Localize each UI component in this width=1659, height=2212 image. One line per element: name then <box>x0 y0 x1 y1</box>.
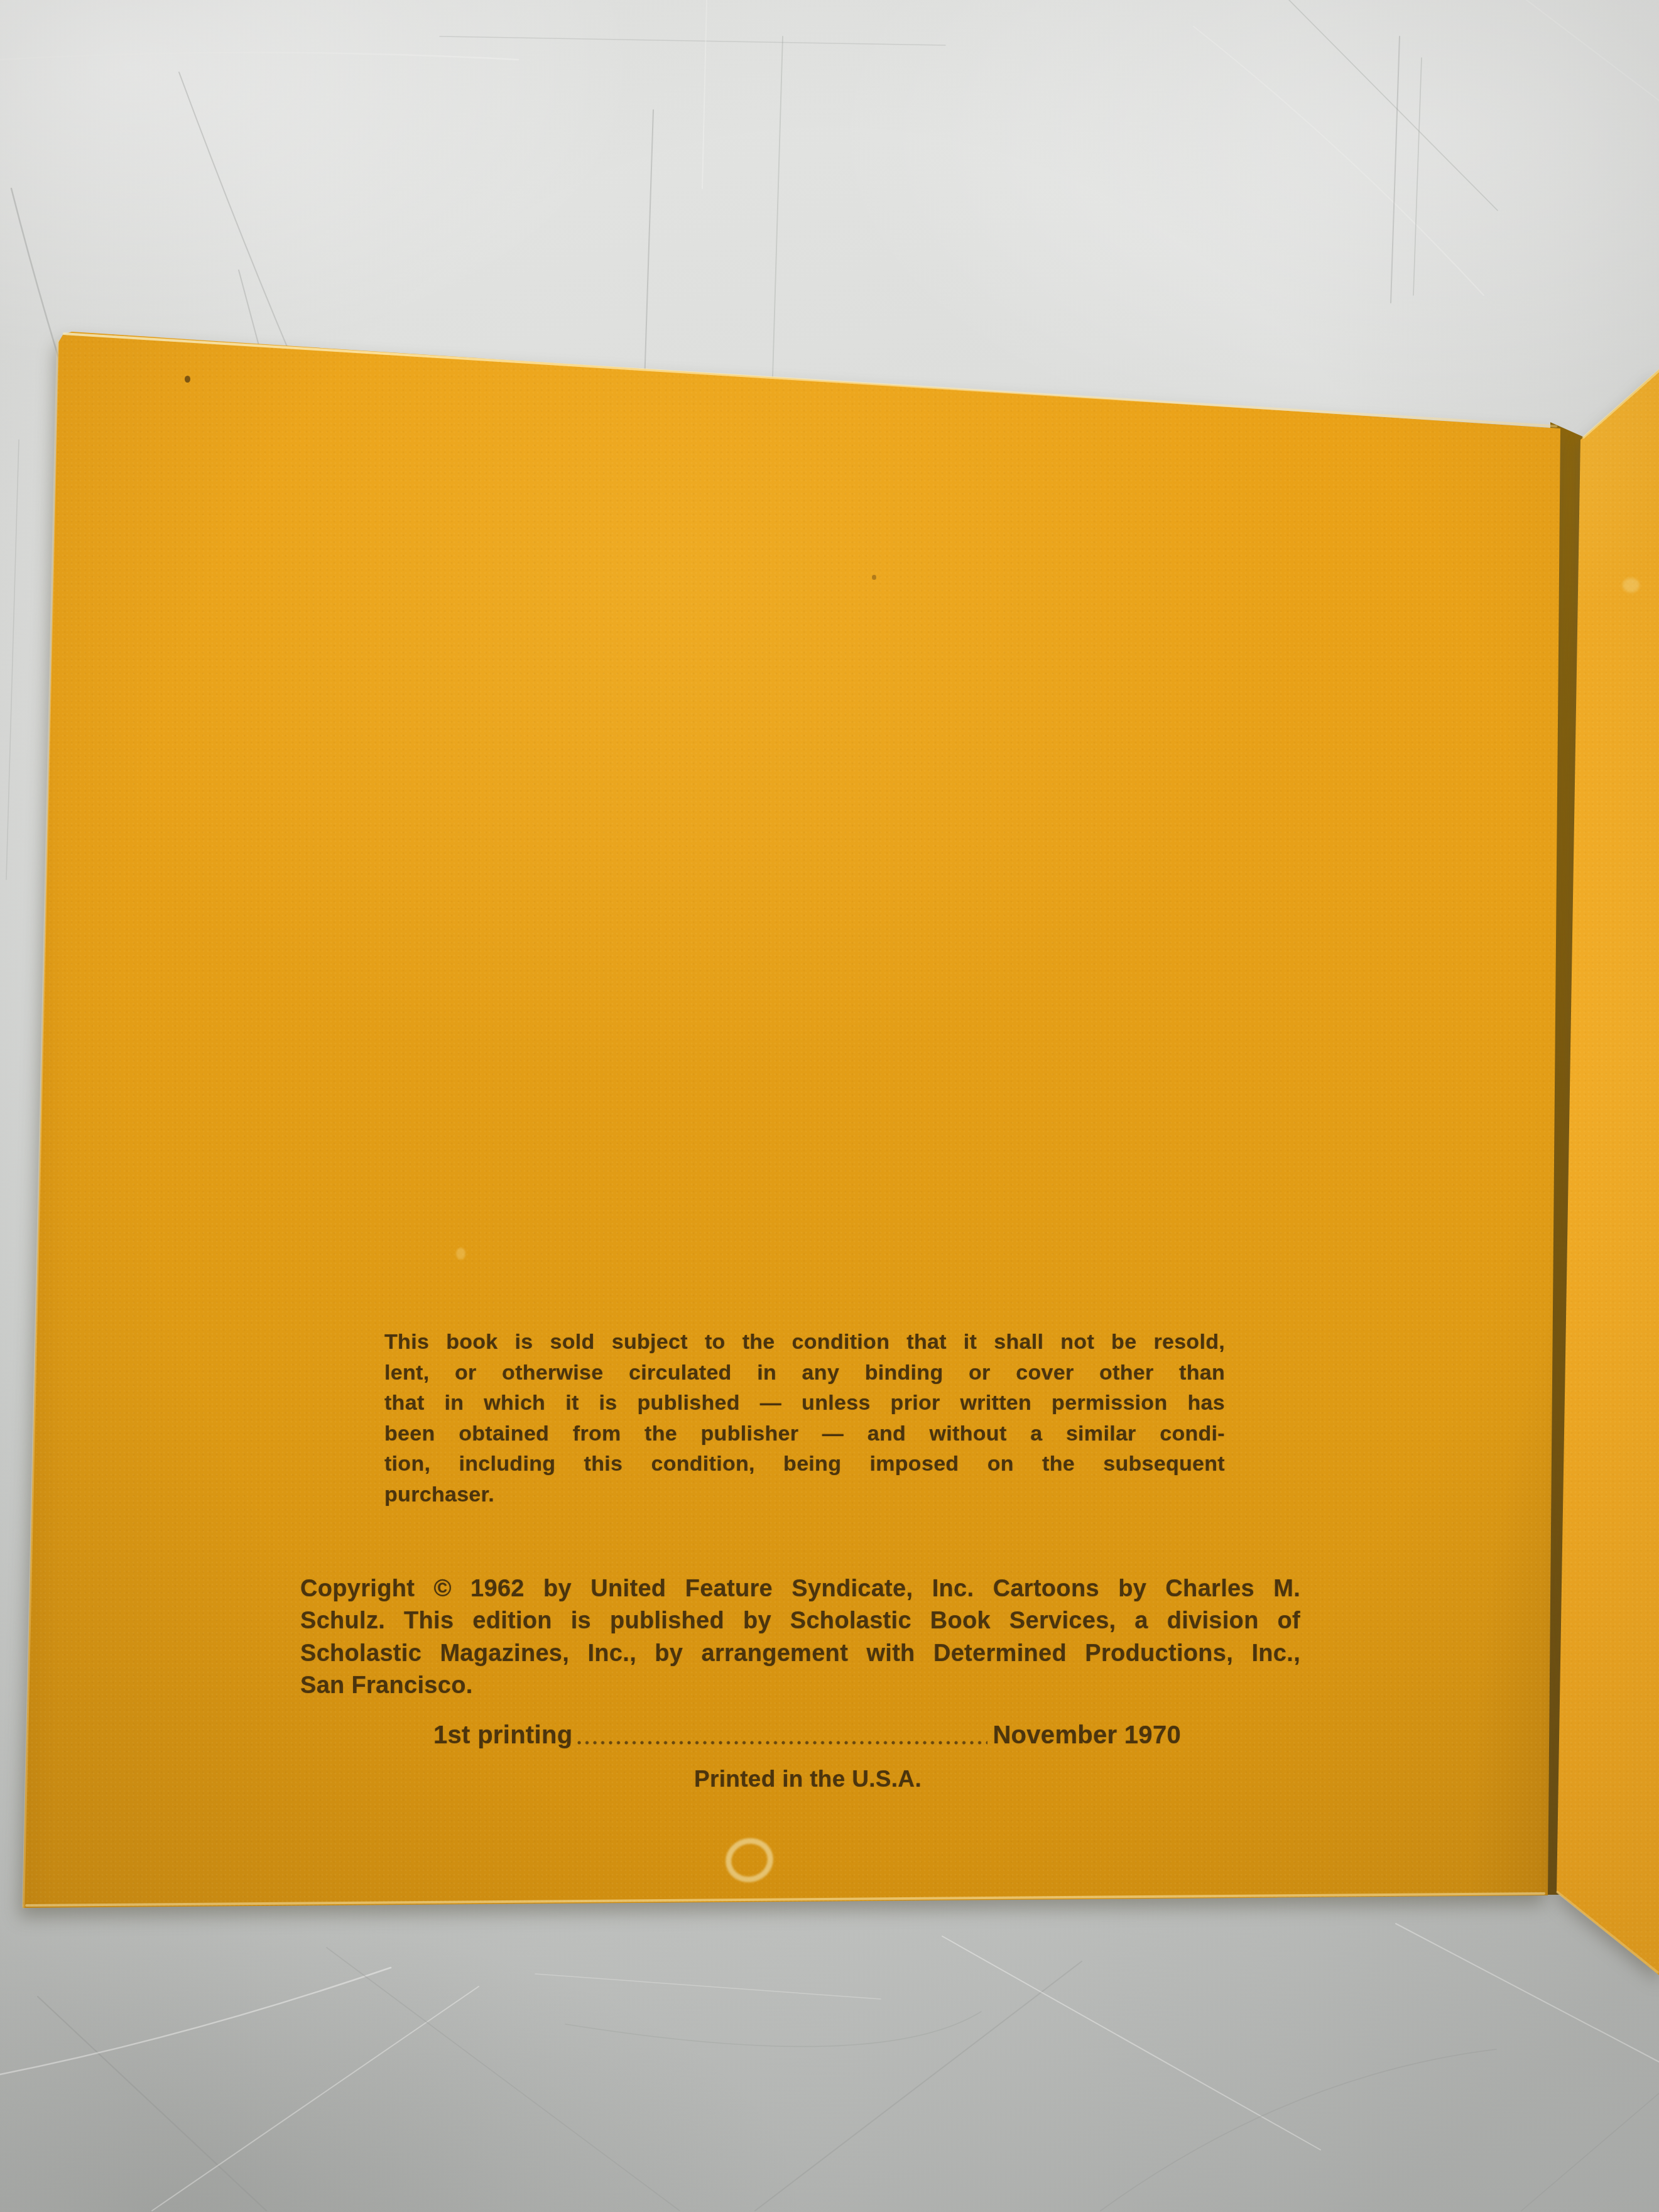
right-page-shadow <box>0 0 1659 2212</box>
printing-label: 1st printing <box>433 1721 572 1750</box>
paper-speck <box>872 575 876 580</box>
copyright-line: San Francisco. <box>300 1670 1300 1702</box>
printed-in-line: Printed in the U.S.A. <box>308 1765 1308 1793</box>
condition-line: This book is sold subject to the conditi… <box>384 1327 1225 1358</box>
printing-date: November 1970 <box>993 1721 1181 1750</box>
condition-line: been obtained from the publisher — and w… <box>384 1419 1225 1449</box>
paper-blemish <box>456 1248 465 1260</box>
book-photo-scene: This book is sold subject to the conditi… <box>0 0 1659 2212</box>
dotted-leader <box>577 1740 987 1745</box>
copyright-line: Scholastic Magazines, Inc., by arrangeme… <box>300 1638 1300 1670</box>
facing-page <box>0 0 1659 2212</box>
condition-line: tion, including this condition, being im… <box>384 1449 1225 1479</box>
condition-line: that in which it is published — unless p… <box>384 1388 1225 1419</box>
copyright-notice: Copyright © 1962 by United Feature Syndi… <box>300 1573 1300 1702</box>
condition-notice: This book is sold subject to the conditi… <box>384 1327 1225 1510</box>
printing-history-line: 1st printing November 1970 <box>433 1721 1181 1750</box>
condition-line: lent, or otherwise circulated in any bin… <box>384 1358 1225 1388</box>
paper-blemish <box>1623 578 1640 592</box>
copyright-line: Copyright © 1962 by United Feature Syndi… <box>300 1573 1300 1605</box>
copyright-line: Schulz. This edition is published by Sch… <box>300 1605 1300 1637</box>
paper-speck <box>185 376 190 383</box>
condition-line: purchaser. <box>384 1479 1225 1510</box>
